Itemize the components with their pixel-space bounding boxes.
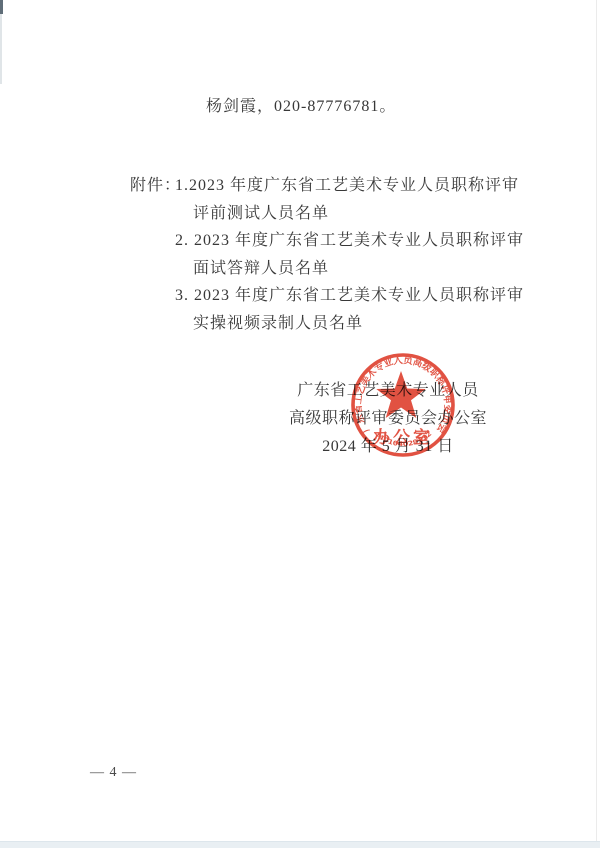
attachment-item-line2: 实操视频录制人员名单: [175, 310, 524, 338]
attachment-item-line1: 2. 2023 年度广东省工艺美术专业人员职称评审: [175, 227, 524, 255]
attachment-item: 2. 2023 年度广东省工艺美术专业人员职称评审 面试答辩人员名单: [175, 227, 524, 282]
signature-block: 广东省工艺美术专业人员 高级职称评审委员会办公室 2024 年 5 月 31 日: [258, 377, 518, 461]
attachment-item-line2: 评前测试人员名单: [175, 200, 524, 228]
document-page: 杨剑霞，020-87776781。 附件： 1.2023 年度广东省工艺美术专业…: [0, 0, 600, 848]
attachment-item-line1: 1.2023 年度广东省工艺美术专业人员职称评审: [175, 172, 524, 200]
scan-artifact-left-edge: [0, 14, 2, 84]
scan-artifact-top-left: [0, 0, 3, 14]
attachments-label: 附件：: [130, 172, 181, 200]
attachment-item-line2: 面试答辩人员名单: [175, 255, 524, 283]
scan-artifact-bottom-edge: [0, 841, 600, 848]
signature-org-line1: 广东省工艺美术专业人员: [258, 377, 518, 405]
page-number: — 4 —: [90, 765, 137, 781]
contact-line: 杨剑霞，020-87776781。: [206, 93, 396, 116]
attachment-item-line1: 3. 2023 年度广东省工艺美术专业人员职称评审: [175, 282, 524, 310]
attachment-item: 1.2023 年度广东省工艺美术专业人员职称评审 评前测试人员名单: [175, 172, 524, 227]
signature-date: 2024 年 5 月 31 日: [258, 433, 518, 461]
scan-artifact-right-edge: [596, 0, 597, 848]
signature-org-line2: 高级职称评审委员会办公室: [258, 405, 518, 433]
attachment-item: 3. 2023 年度广东省工艺美术专业人员职称评审 实操视频录制人员名单: [175, 282, 524, 337]
attachments-list: 1.2023 年度广东省工艺美术专业人员职称评审 评前测试人员名单 2. 202…: [175, 172, 524, 337]
